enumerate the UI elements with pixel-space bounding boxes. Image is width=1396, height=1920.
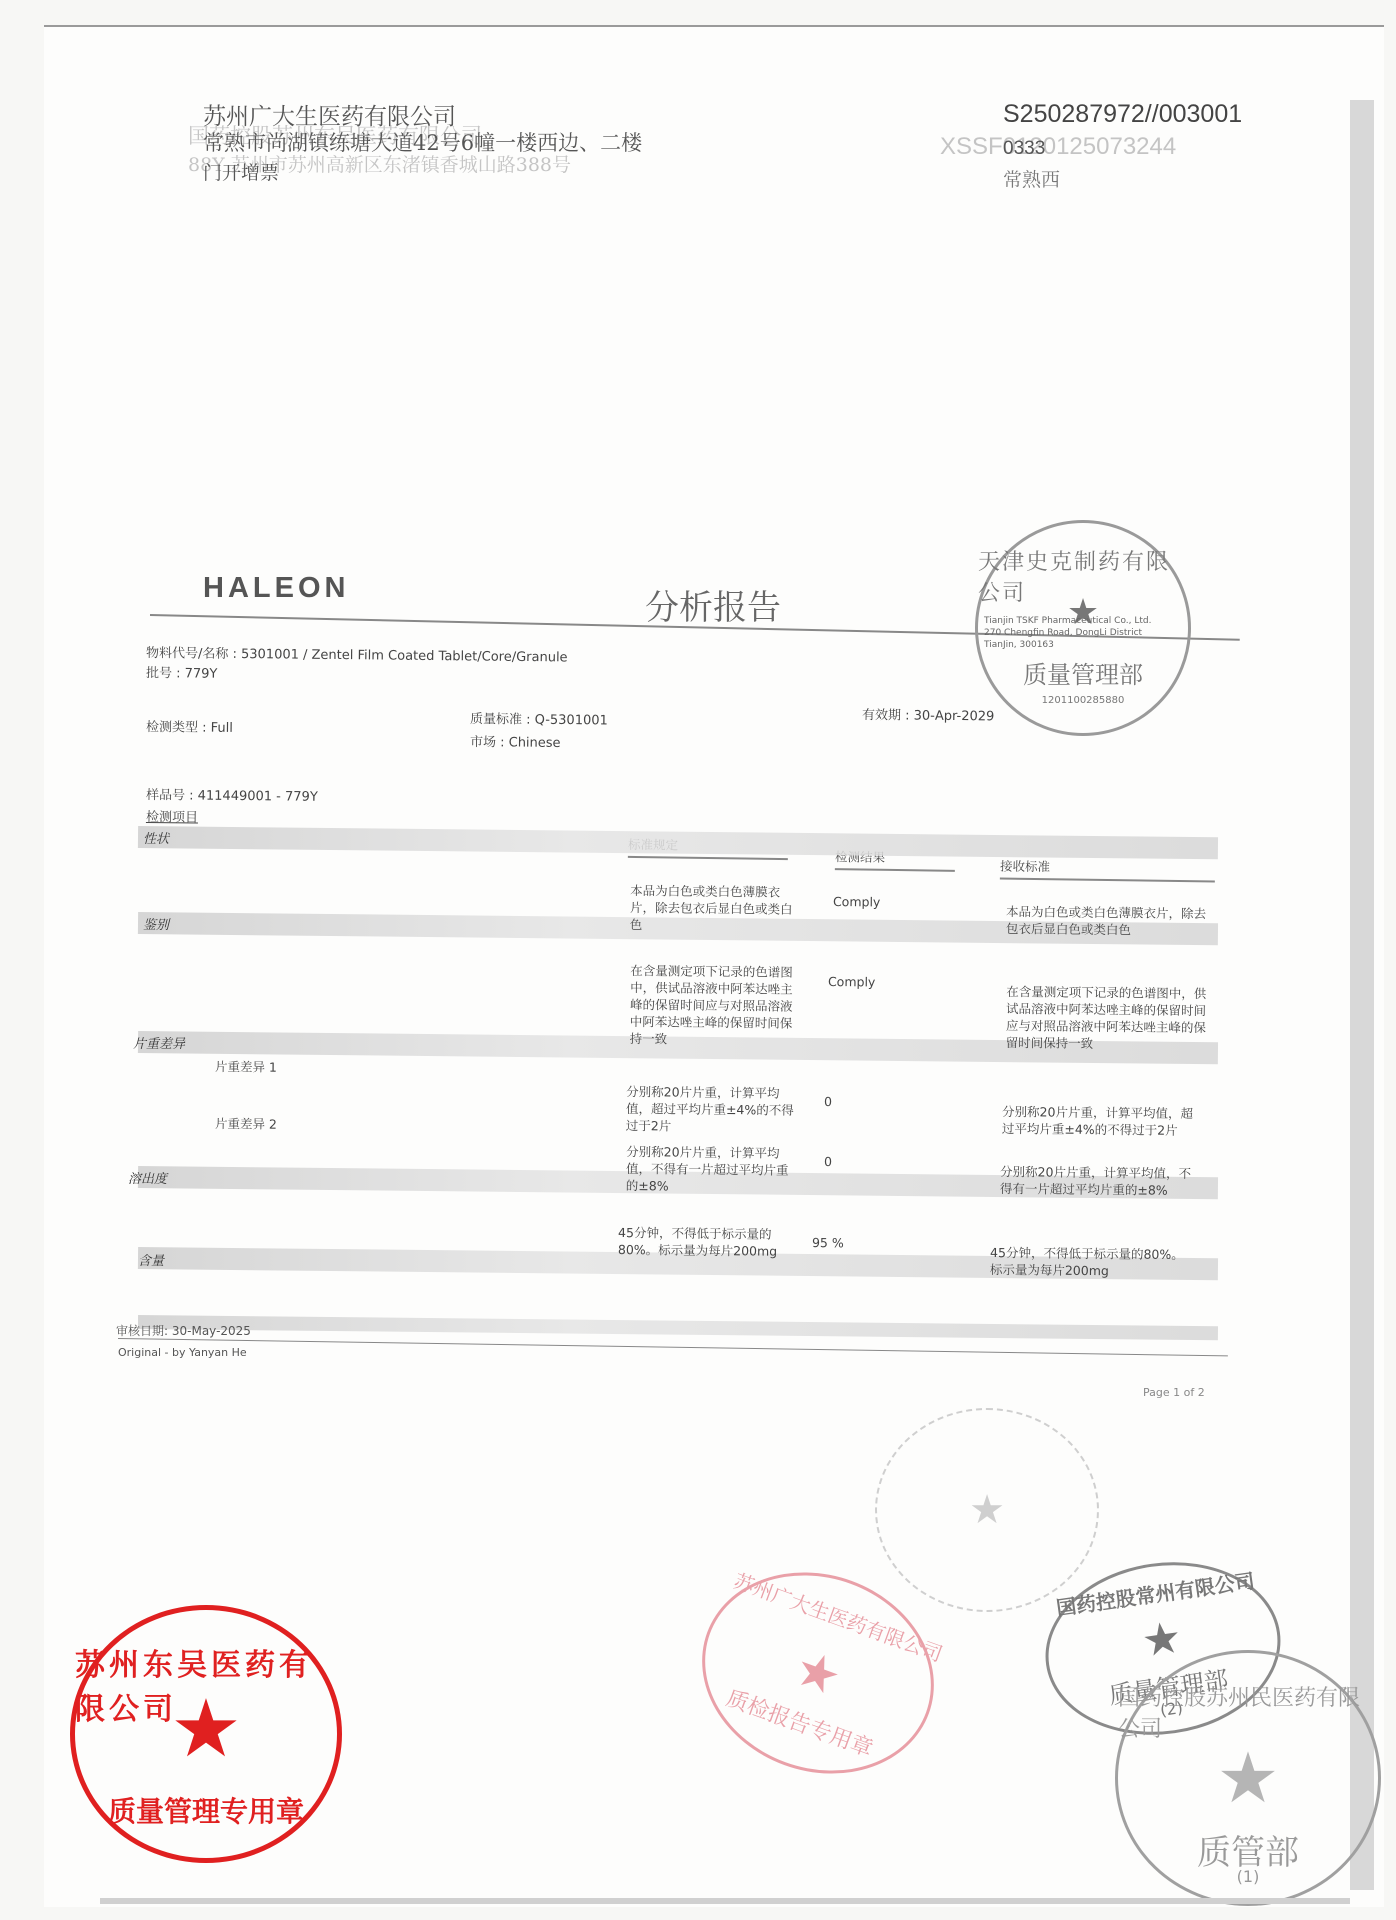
approval-date: 审核日期: 30-May-2025 [116,1322,251,1339]
cell-acceptance: 本品为白色或类白色薄膜衣片，除去包衣后显白色或类白色 [1006,903,1206,939]
market-field: 市场 : Chinese [470,731,561,751]
spec-field: 质量标准 : Q-5301001 [470,708,608,728]
star-icon: ★ [969,1490,1005,1530]
code-ghost: XSSF0120125073244 [940,133,1176,161]
cell-acceptance: 分别称20片片重，计算平均值，超过平均片重±4%的不得过于2片 [1002,1103,1202,1139]
code: 0333 [1003,138,1045,160]
cell-result: Comply [833,893,881,910]
suzhou-qa-stamp: 国药控股苏州民医药有限公司 ★ 质管部 (1) [1115,1650,1381,1906]
cell-acceptance: 45分钟，不得低于标示量的80%。标示量为每片200mg [990,1244,1190,1280]
order-number: S250287972//003001 [1003,100,1242,129]
section-assay: 含量 [138,1250,164,1269]
star-icon: ★ [788,1642,847,1704]
bottom-scan-edge [100,1898,1350,1904]
cell-standard: 在含量测定项下记录的色谱图中，供试品溶液中阿苯达唑主峰的保留时间应与对照品溶液中… [630,962,801,1049]
faint-stamp: ★ [875,1408,1099,1612]
cell-result: 0 [824,1153,832,1170]
cell-acceptance: 在含量测定项下记录的色谱图中，供试品溶液中阿苯达唑主峰的保留时间应与对照品溶液中… [1006,983,1207,1053]
cell-standard: 分别称20片片重，计算平均值，不得有一片超过平均片重的±8% [626,1143,797,1196]
items-label: 检测项目 [146,806,198,826]
section-appearance: 性状 [143,828,169,847]
dongwu-qa-stamp: 苏州东吴医药有限公司 ★ 质量管理专用章 [70,1605,342,1863]
tianjin-qa-stamp: 天津史克制药有限公司 ★ Tianjin TSKF Pharmaceutical… [975,520,1191,736]
invoice-note: 门开增票 [203,158,279,185]
original-by: Original - by Yanyan He [118,1346,247,1359]
star-icon: ★ [1139,1615,1184,1664]
scan-edge-shadow [1350,100,1374,1890]
cell-standard: 45分钟，不得低于标示量的80%。标示量为每片200mg [618,1224,788,1260]
star-icon: ★ [1217,1743,1280,1813]
sample-field: 样品号 : 411449001 - 779Y [146,784,318,805]
expiry-field: 有效期 : 30-Apr-2029 [862,704,995,724]
cell-result: 0 [824,1093,832,1110]
cell-item: 片重差异 1 [215,1058,277,1076]
section-identification: 鉴别 [143,914,169,933]
test-type-field: 检测类型 : Full [146,716,233,736]
cell-standard: 本品为白色或类白色薄膜衣片，除去包衣后显白色或类白色 [630,882,801,935]
cell-result: 95 % [812,1234,844,1251]
cell-acceptance: 分别称20片片重，计算平均值，不得有一片超过平均片重的±8% [1000,1163,1200,1199]
report-title: 分析报告 [645,580,781,629]
cell-item: 片重差异 2 [215,1115,277,1133]
haleon-logo: HALEON [203,572,349,605]
route: 常熟西 [1003,165,1060,192]
cell-standard: 分别称20片片重，计算平均值，超过平均片重±4%的不得过于2片 [626,1083,797,1136]
section-dissolution: 溶出度 [128,1168,167,1187]
section-weight-variation: 片重差异 [133,1033,185,1052]
page-number: Page 1 of 2 [1143,1386,1205,1399]
cell-result: Comply [828,973,876,990]
col-acceptance: 接收标准 [1000,857,1215,883]
batch-field: 批号 : 779Y [146,662,218,682]
